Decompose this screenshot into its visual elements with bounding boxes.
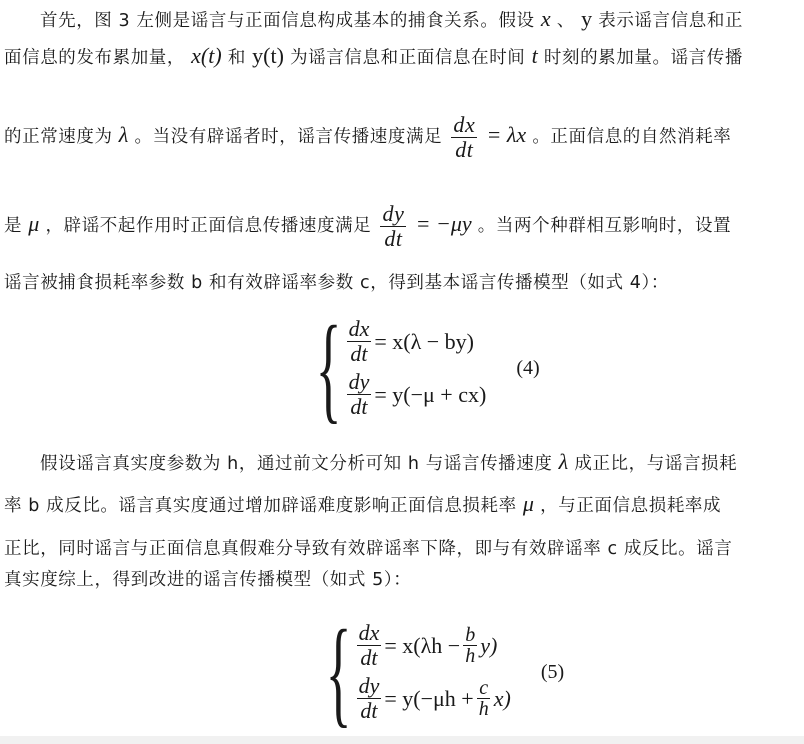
text: 。正面信息的自然消耗率 — [532, 127, 731, 147]
text: 时刻的累加量。谣言传播 — [544, 48, 743, 68]
math-var-y: y — [581, 6, 592, 31]
text: 谣言被捕食损耗率参数 b 和有效辟谣率参数 c，得到基本谣言传播模型（如式 4）… — [4, 273, 669, 293]
text: 。当两个种群相互影响时，设置 — [478, 216, 731, 236]
text: 真实度综上，得到改进的谣言传播模型（如式 5）： — [4, 570, 411, 590]
equation-4: { dx dt = x(λ − by) dy dt = y(−μ + cx) (… — [284, 308, 540, 428]
text: ，与正面信息损耗率成 — [540, 496, 721, 516]
frac-numerator: dx — [357, 621, 382, 646]
frac-denominator: dt — [358, 699, 379, 723]
left-brace: { — [316, 308, 342, 428]
math-lambda: λ — [559, 449, 569, 474]
equation-rhs: x) — [494, 686, 511, 712]
frac-numerator: b — [463, 625, 477, 646]
equation-rhs: y) — [480, 633, 497, 659]
math-var-x: x — [541, 6, 551, 31]
frac-denominator: dt — [382, 227, 404, 251]
text: 的正常速度为 — [4, 127, 113, 147]
math-rhs: = −μy — [416, 211, 472, 236]
frac-denominator: dt — [453, 138, 475, 162]
text: 为谣言信息和正面信息在时间 — [290, 48, 525, 68]
fraction: dx dt — [357, 621, 382, 670]
paragraph1-line5: 谣言被捕食损耗率参数 b 和有效辟谣率参数 c，得到基本谣言传播模型（如式 4）… — [4, 272, 669, 294]
text: 面信息的发布累加量， — [4, 48, 185, 68]
math-yt: y(t) — [252, 43, 284, 68]
text: 和 — [228, 48, 246, 68]
fraction-dy-dt: dy dt — [380, 202, 406, 251]
frac-numerator: dx — [451, 113, 477, 138]
text: 假设谣言真实度参数为 h，通过前文分析可知 h 与谣言传播速度 — [40, 454, 552, 474]
text: ，辟谣不起作用时正面信息传播速度满足 — [46, 216, 372, 236]
frac-numerator: dy — [357, 674, 382, 699]
equation-row-1: dx dt = x(λ − by) — [344, 317, 487, 366]
paragraph2-line2: 率 b 成反比。谣言真实度通过增加辟谣难度影响正面信息损耗率 μ ，与正面信息损… — [4, 493, 721, 517]
math-mu: μ — [28, 211, 39, 236]
text: 表示谣言信息和正 — [598, 11, 743, 31]
text: 是 — [4, 216, 22, 236]
paragraph2-line1: 假设谣言真实度参数为 h，通过前文分析可知 h 与谣言传播速度 λ 成正比，与谣… — [40, 451, 737, 475]
paragraph1-line1: 首先，图 3 左侧是谣言与正面信息构成基本的捕食关系。假设 x 、 y 表示谣言… — [40, 8, 743, 32]
fraction: dy dt — [357, 674, 382, 723]
text: 。当没有辟谣者时，谣言传播速度满足 — [134, 127, 442, 147]
text: 、 — [557, 11, 575, 31]
paragraph2-line3: 正比，同时谣言与正面信息真假难分导致有效辟谣率下降，即与有效辟谣率 c 成反比。… — [4, 538, 732, 560]
equation-row-1: dx dt = x(λh − b h y) — [354, 621, 511, 670]
text: 成正比，与谣言损耗 — [574, 454, 737, 474]
equation-number: (5) — [541, 661, 564, 684]
equation-rhs: = x(λ − by) — [374, 329, 474, 355]
math-mu: μ — [523, 491, 534, 516]
paragraph1-line4: 是 μ ，辟谣不起作用时正面信息传播速度满足 dy dt = −μy 。当两个种… — [4, 196, 731, 254]
equation-row-2: dy dt = y(−μ + cx) — [344, 370, 487, 419]
frac-numerator: dy — [380, 202, 406, 227]
equation-rows: dx dt = x(λ − by) dy dt = y(−μ + cx) — [344, 317, 487, 419]
frac-denominator: dt — [358, 646, 379, 670]
frac-numerator: dy — [347, 370, 372, 395]
equation-rhs: = x(λh − — [384, 633, 460, 659]
inner-fraction: c h — [477, 678, 491, 719]
math-lambda: λ — [119, 122, 129, 147]
page-bottom-strip — [0, 736, 804, 744]
math-var-t: t — [532, 43, 538, 68]
equation-5: { dx dt = x(λh − b h y) dy dt = y(−μh + … — [294, 612, 564, 732]
frac-denominator: h — [477, 699, 491, 719]
equation-row-2: dy dt = y(−μh + c h x) — [354, 674, 511, 723]
frac-denominator: dt — [348, 395, 369, 419]
fraction: dx dt — [347, 317, 372, 366]
inner-fraction: b h — [463, 625, 477, 666]
paragraph2-line4: 真实度综上，得到改进的谣言传播模型（如式 5）： — [4, 569, 411, 591]
frac-numerator: c — [477, 678, 490, 699]
text: 首先，图 3 左侧是谣言与正面信息构成基本的捕食关系。假设 — [40, 11, 535, 31]
frac-denominator: h — [463, 646, 477, 666]
paragraph1-line2: 面信息的发布累加量， x(t) 和 y(t) 为谣言信息和正面信息在时间 t 时… — [4, 45, 743, 69]
fraction: dy dt — [347, 370, 372, 419]
text: 率 b 成反比。谣言真实度通过增加辟谣难度影响正面信息损耗率 — [4, 496, 517, 516]
equation-rhs: = y(−μh + — [384, 686, 473, 712]
paragraph1-line3: 的正常速度为 λ 。当没有辟谣者时，谣言传播速度满足 dx dt = λx 。正… — [4, 107, 731, 165]
equation-rhs: = y(−μ + cx) — [374, 382, 486, 408]
equation-number: (4) — [516, 357, 539, 380]
text: 正比，同时谣言与正面信息真假难分导致有效辟谣率下降，即与有效辟谣率 c 成反比。… — [4, 539, 732, 559]
math-xt: x(t) — [191, 43, 222, 68]
frac-denominator: dt — [348, 342, 369, 366]
math-rhs: = λx — [487, 122, 527, 147]
equation-rows: dx dt = x(λh − b h y) dy dt = y(−μh + c … — [354, 621, 511, 723]
fraction-dx-dt: dx dt — [451, 113, 477, 162]
frac-numerator: dx — [347, 317, 372, 342]
left-brace: { — [326, 612, 352, 732]
